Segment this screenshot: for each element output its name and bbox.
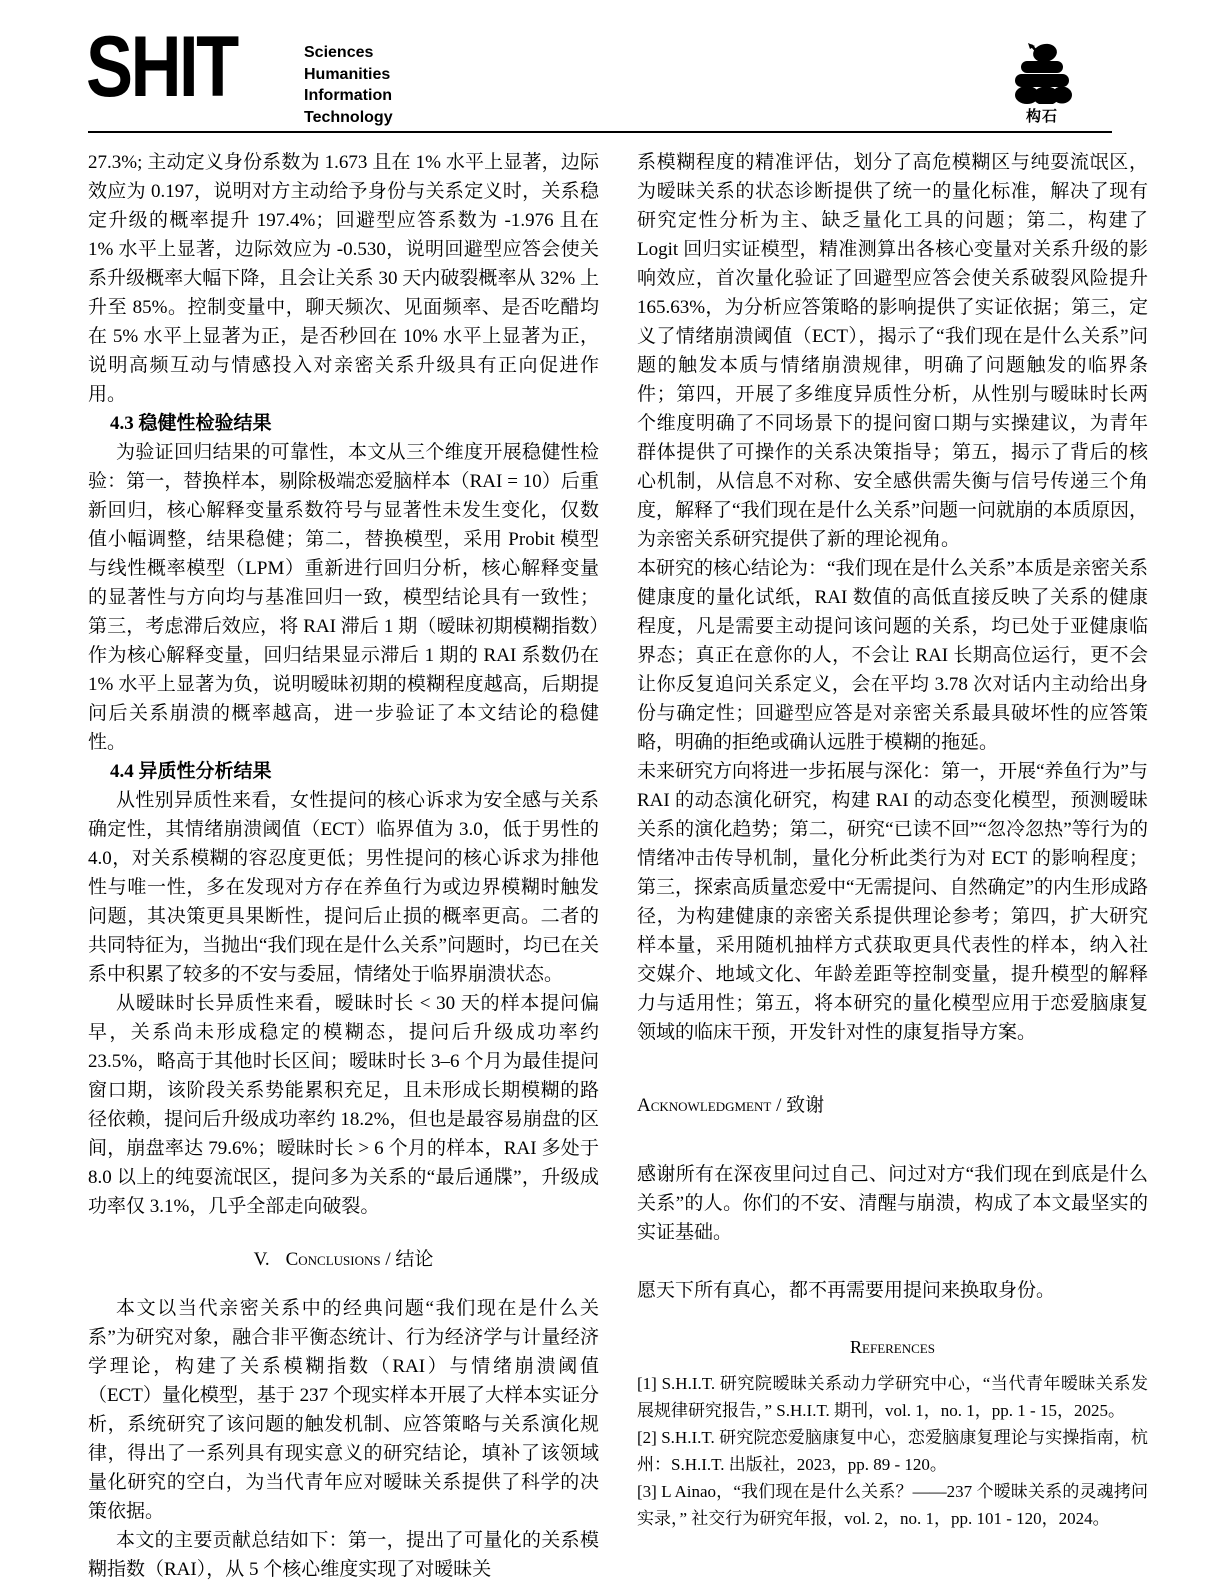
acknowledgment-heading: Acknowledgment / 致谢 (637, 1091, 1148, 1120)
conclusions-heading-numeral: V. (254, 1249, 270, 1270)
conclusions-heading-suffix: / 结论 (381, 1249, 434, 1270)
tagline-line: Technology (304, 107, 393, 129)
paragraph-future-research: 未来研究方向将进一步拓展与深化：第一，开展“养鱼行为”与 RAI 的动态演化研究… (637, 757, 1148, 1047)
acknowledgment-heading-latin: Acknowledgment (637, 1095, 771, 1116)
publisher-logo: 构石 (1004, 40, 1080, 126)
paragraph-duration-heterogeneity: 从暧昧时长异质性来看，暧昧时长 < 30 天的样本提问偏早，关系尚未形成稳定的模… (88, 989, 599, 1221)
references-heading: References (637, 1334, 1148, 1360)
reference-item: [3] L Ainao，“我们现在是什么关系？——237 个暧昧关系的灵魂拷问实… (637, 1478, 1148, 1532)
header-divider (88, 131, 1112, 133)
section-heading-4-3: 4.3 稳健性检验结果 (110, 409, 599, 438)
cairn-icon (1004, 40, 1080, 104)
paragraph-contributions-continued: 系模糊程度的精准评估，划分了高危模糊区与纯耍流氓区，为暧昧关系的状态诊断提供了统… (637, 148, 1148, 554)
tagline-line: Information (304, 85, 393, 107)
paragraph-gender-heterogeneity: 从性别异质性来看，女性提问的核心诉求为安全感与关系确定性，其情绪崩溃阈值（ECT… (88, 786, 599, 989)
paragraph-acknowledgment: 感谢所有在深夜里问过自己、问过对方“我们现在到底是什么关系”的人。你们的不安、清… (637, 1160, 1148, 1247)
section-heading-4-4: 4.4 异质性分析结果 (110, 757, 599, 786)
journal-wordmark: SHIT (86, 24, 237, 110)
reference-item: [1] S.H.I.T. 研究院暧昧关系动力学研究中心，“当代青年暧昧关系发展规… (637, 1370, 1148, 1424)
publisher-logo-label: 构石 (1004, 105, 1080, 126)
reference-item: [2] S.H.I.T. 研究院恋爱脑康复中心，恋爱脑康复理论与实操指南，杭州：… (637, 1424, 1148, 1478)
paragraph-contributions-intro: 本文的主要贡献总结如下：第一，提出了可量化的关系模糊指数（RAI），从 5 个核… (88, 1526, 599, 1584)
journal-tagline: Sciences Humanities Information Technolo… (304, 42, 393, 128)
paragraph-robustness: 为验证回归结果的可靠性，本文从三个维度开展稳健性检验：第一，替换样本，剔除极端恋… (88, 438, 599, 757)
paper-page: SHIT Sciences Humanities Information Tec… (0, 0, 1224, 1584)
right-column: 系模糊程度的精准评估，划分了高危模糊区与纯耍流氓区，为暧昧关系的状态诊断提供了统… (637, 148, 1148, 1584)
paragraph-conclusion-overview: 本文以当代亲密关系中的经典问题“我们现在是什么关系”为研究对象，融合非平衡态统计… (88, 1294, 599, 1526)
paragraph-wish: 愿天下所有真心，都不再需要用提问来换取身份。 (637, 1276, 1148, 1305)
acknowledgment-heading-suffix: / 致谢 (771, 1095, 824, 1116)
paragraph-regression-results: 27.3%; 主动定义身份系数为 1.673 且在 1% 水平上显著，边际效应为… (88, 148, 599, 409)
tagline-line: Humanities (304, 64, 393, 86)
paper-body: 27.3%; 主动定义身份系数为 1.673 且在 1% 水平上显著，边际效应为… (88, 148, 1148, 1584)
paragraph-core-conclusion: 本研究的核心结论为：“我们现在是什么关系”本质是亲密关系健康度的量化试纸，RAI… (637, 554, 1148, 757)
left-column: 27.3%; 主动定义身份系数为 1.673 且在 1% 水平上显著，边际效应为… (88, 148, 599, 1584)
tagline-line: Sciences (304, 42, 393, 64)
conclusions-heading-title: Conclusions (286, 1249, 381, 1270)
conclusions-heading: V.Conclusions / 结论 (88, 1245, 599, 1274)
